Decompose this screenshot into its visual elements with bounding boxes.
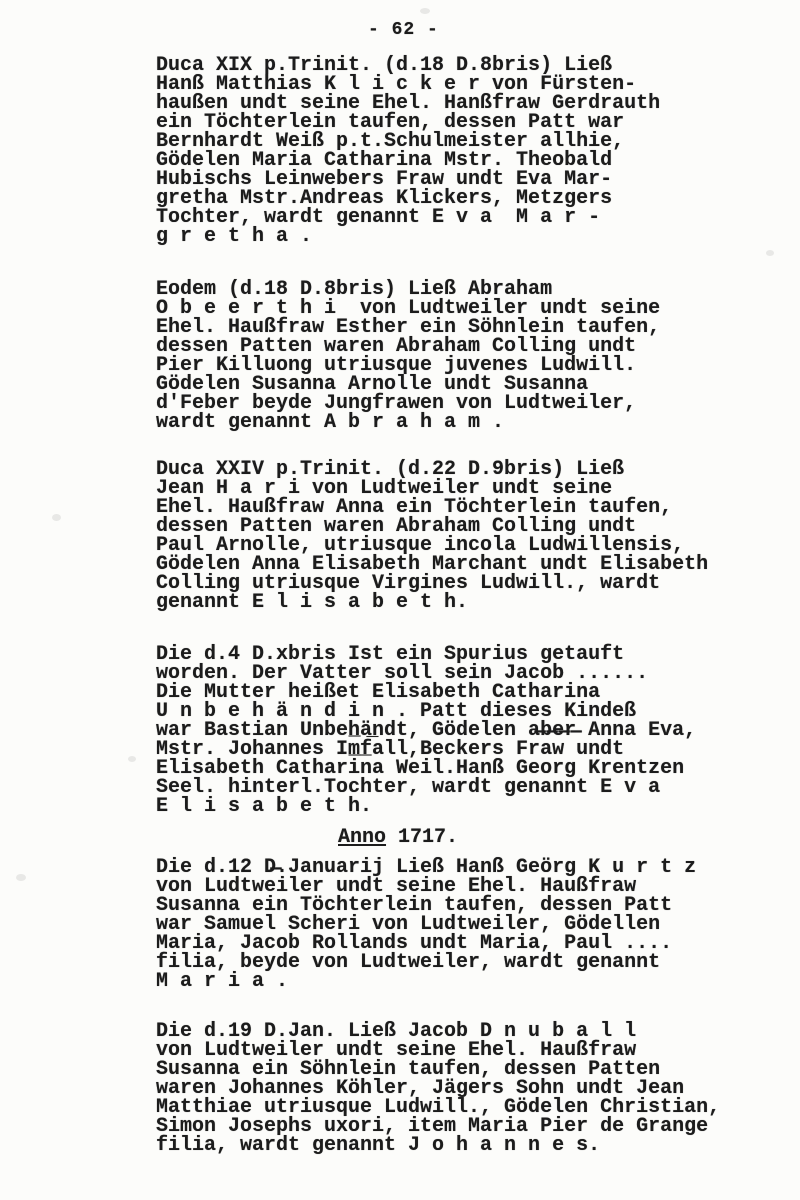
baptism-entry-2: Eodem (d.18 D.8bris) Ließ Abraham O b e … [156,280,736,432]
baptism-entry-4: Die d.4 D.xbris Ist ein Spurius getauft … [156,645,736,816]
baptism-entry-6: Die d.19 D.Jan. Ließ Jacob D n u b a l l… [156,1022,736,1155]
year-heading-underlined: Anno [338,826,386,849]
baptism-entry-5: Die d.12 D̶.Januarij Ließ Hanß Geörg K u… [156,858,736,991]
scan-speck [766,250,774,256]
year-heading: Anno 1717. [338,828,736,847]
register-column: Duca XIX p.Trinit. (d.18 D.8bris) Ließ H… [156,0,736,1155]
scan-speck [128,756,136,762]
year-heading-rest: 1717. [386,826,458,849]
baptism-entry-1: Duca XIX p.Trinit. (d.18 D.8bris) Ließ H… [156,56,736,246]
baptism-entry-3: Duca XXIV p.Trinit. (d.22 D.9bris) Ließ … [156,460,736,612]
scan-speck [52,514,61,521]
scanned-register-page: - 62 - Duca XIX p.Trinit. (d.18 D.8bris)… [0,0,800,1200]
scan-speck [16,874,26,881]
